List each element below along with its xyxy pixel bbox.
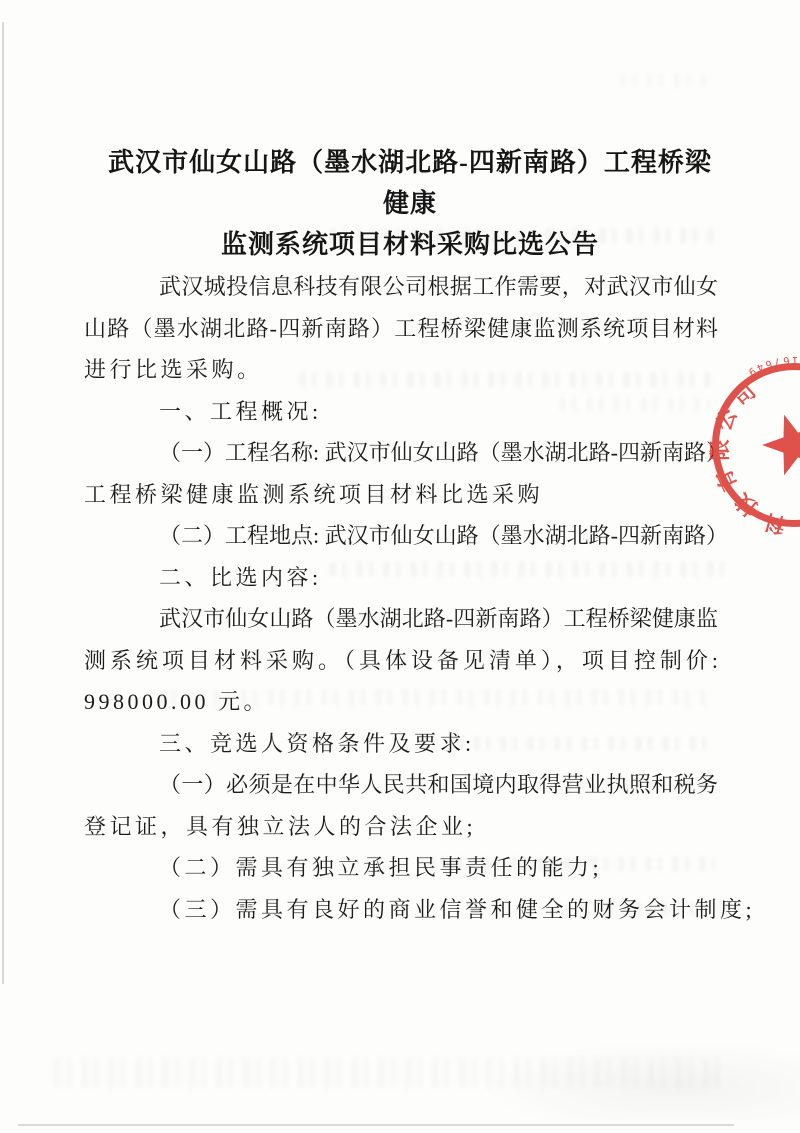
svg-text:司: 司	[729, 379, 761, 411]
body-line: （二）工程地点: 武汉市仙女山路（墨水湖北路-四新南路）	[84, 515, 718, 557]
body-line: 998000.00 元。	[84, 681, 718, 723]
title-line-2: 监测系统项目材料采购比选公告	[100, 224, 720, 265]
document-page: 武汉市仙女山路（墨水湖北路-四新南路）工程桥梁健康 监测系统项目材料采购比选公告…	[0, 0, 800, 1133]
svg-text:科: 科	[761, 509, 788, 538]
body-line: 登记证，具有独立法人的合法企业;	[84, 806, 718, 848]
svg-text:限: 限	[708, 440, 732, 461]
body-line: 工程桥梁健康监测系统项目材料比选采购	[84, 474, 718, 516]
scan-edge-bottom	[18, 1124, 734, 1126]
body-line: 武汉市仙女山路（墨水湖北路-四新南路）工程桥梁健康监	[84, 598, 718, 640]
body-line: （二）需具有独立承担民事责任的能力;	[84, 847, 718, 889]
section-heading: 三、竞选人资格条件及要求:	[84, 723, 718, 765]
body-line: （一）必须是在中华人民共和国境内取得营业执照和税务	[84, 764, 718, 806]
body-line: 测系统项目材料采购。（具体设备见清单），项目控制价:	[84, 640, 718, 682]
page-title: 武汉市仙女山路（墨水湖北路-四新南路）工程桥梁健康 监测系统项目材料采购比选公告	[100, 142, 720, 265]
body-line: 进行比选采购。	[84, 349, 718, 391]
body-line: （一）工程名称: 武汉市仙女山路（墨水湖北路-四新南路）	[84, 432, 718, 474]
section-heading: 一、工程概况:	[84, 391, 718, 433]
body-line: （三）需具有良好的商业信誉和健全的财务会计制度;	[84, 889, 718, 931]
document-body: 武汉城投信息科技有限公司根据工作需要，对武汉市仙女 山路（墨水湖北路-四新南路）…	[84, 266, 718, 930]
title-line-1: 武汉市仙女山路（墨水湖北路-四新南路）工程桥梁健康	[100, 142, 720, 224]
body-line: 武汉城投信息科技有限公司根据工作需要，对武汉市仙女	[84, 266, 718, 308]
section-heading: 二、比选内容:	[84, 557, 718, 599]
seal-company-name: 科 技 有 限 公 司	[708, 379, 788, 538]
bleed-through-artifact	[55, 1058, 720, 1088]
seal-star	[762, 415, 800, 476]
body-line: 山路（墨水湖北路-四新南路）工程桥梁健康监测系统项目材料	[84, 308, 718, 350]
company-seal-stamp: 90167649 科 技 有 限 公 司	[700, 350, 800, 545]
scan-edge-left	[2, 22, 4, 984]
bleed-through-artifact	[620, 74, 710, 87]
